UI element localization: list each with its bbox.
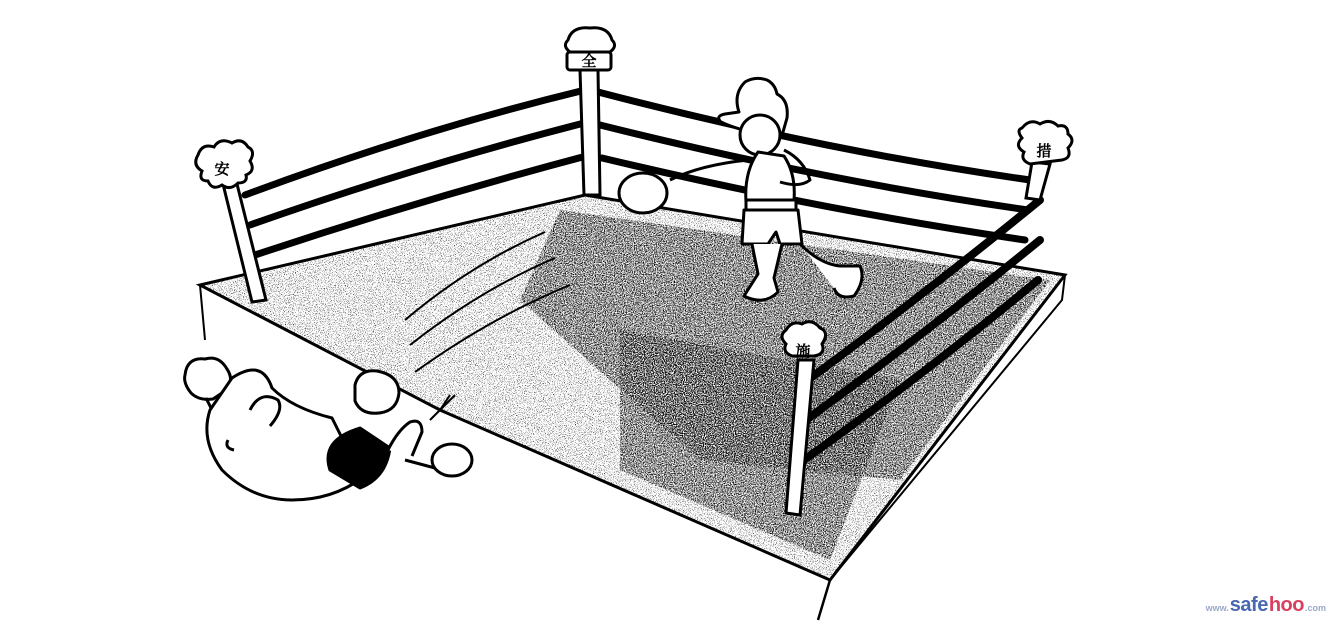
boxing-ring-illustration: 安 全 措 施 [0, 0, 1340, 629]
corner-post-right: 措 [1018, 121, 1072, 200]
corner-post-back: 全 [565, 28, 614, 195]
post-label-3: 措 [1036, 142, 1051, 160]
watermark-brand-a: safe [1230, 594, 1268, 617]
site-watermark: www. safe hoo .com [1206, 594, 1326, 617]
watermark-suffix: .com [1305, 603, 1326, 613]
post-label-1: 安 [214, 160, 229, 178]
post-label-2: 全 [581, 52, 596, 70]
ring-floor [190, 190, 1080, 620]
watermark-brand-b: hoo [1269, 594, 1304, 617]
post-label-4: 施 [795, 342, 810, 360]
watermark-prefix: www. [1206, 603, 1229, 613]
